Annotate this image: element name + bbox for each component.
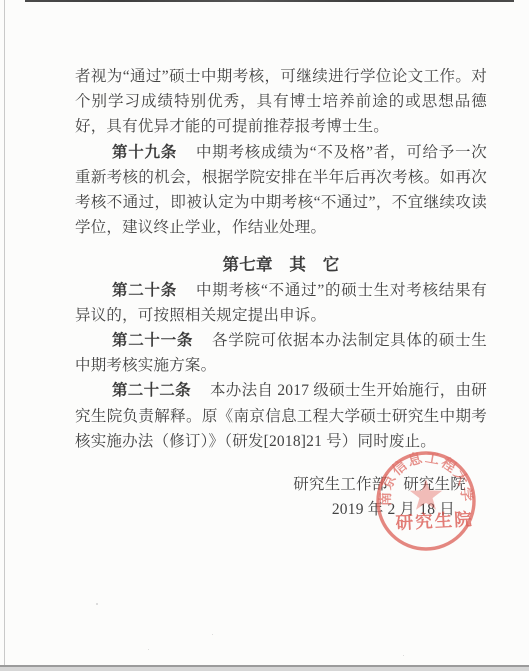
scan-speck	[148, 649, 149, 650]
scanned-document-page: 者视为“通过”硕士中期考核，可继续进行学位论文工作。对个别学习成绩特别优秀，具有…	[0, 0, 529, 671]
scan-edge-left-line	[4, 0, 5, 671]
article-19-term: 第十九条	[112, 144, 177, 161]
signature-block: 研究生工作部 研究生院 2019 年 2 月 18 日	[75, 472, 487, 522]
article-22-term: 第二十二条	[112, 382, 191, 399]
article-20-term: 第二十条	[112, 282, 177, 299]
signature-departments: 研究生工作部 研究生院	[75, 472, 487, 497]
scan-edge-bottom-strip	[0, 665, 529, 671]
scan-speck	[96, 603, 98, 605]
scan-speck	[212, 634, 213, 635]
chapter-heading: 第七章 其 它	[75, 252, 487, 277]
article-19-paragraph: 第十九条中期考核成绩为“不及格”者，可给予一次重新考核的机会，根据学院安排在半年…	[75, 140, 487, 241]
intro-paragraph: 者视为“通过”硕士中期考核，可继续进行学位论文工作。对个别学习成绩特别优秀，具有…	[75, 64, 487, 140]
article-22-paragraph: 第二十二条本办法自 2017 级硕士生开始施行，由研究生院负责解释。原《南京信息…	[75, 378, 487, 454]
scan-edge-top-line	[25, 0, 514, 2]
scan-speck	[403, 655, 404, 656]
signature-date: 2019 年 2 月 18 日	[75, 497, 487, 522]
article-21-term: 第二十一条	[112, 332, 193, 349]
paragraph-text: 者视为“通过”硕士中期考核，可继续进行学位论文工作。对个别学习成绩特别优秀，具有…	[75, 68, 487, 135]
article-21-paragraph: 第二十一条各学院可依据本办法制定具体的硕士生中期考核实施方案。	[75, 328, 487, 378]
article-20-paragraph: 第二十条中期考核“不通过”的硕士生对考核结果有异议的，可按照相关规定提出申诉。	[75, 278, 487, 328]
document-body: 者视为“通过”硕士中期考核，可继续进行学位论文工作。对个别学习成绩特别优秀，具有…	[75, 64, 487, 522]
